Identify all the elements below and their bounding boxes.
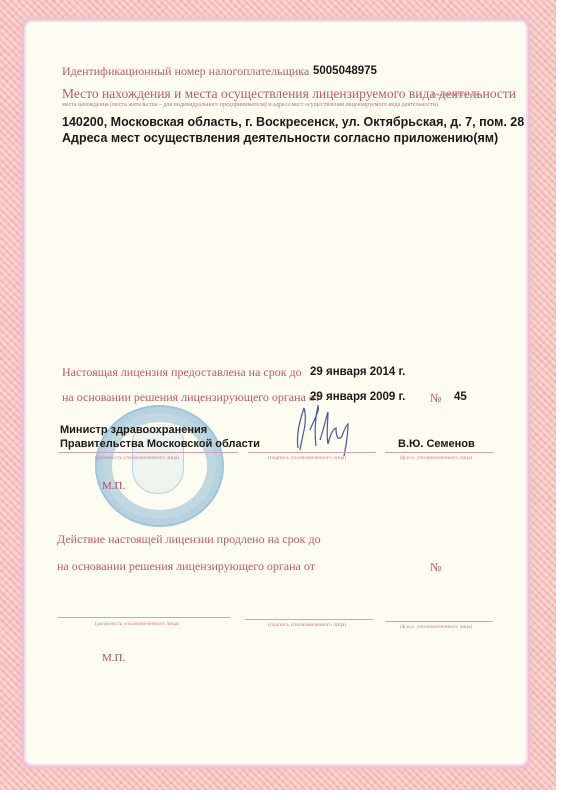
term-value: 29 января 2014 г. — [310, 366, 405, 378]
signature-icon — [290, 400, 360, 460]
extension-number-label: № — [430, 560, 441, 575]
signature-line — [248, 452, 376, 453]
position-caption: (должность уполномоченного лица) — [95, 455, 179, 461]
location-note-inline: (указываются адрес — [432, 92, 483, 98]
term-label: Настоящая лицензия предоставлена на срок… — [62, 365, 302, 380]
extension-name-line — [385, 621, 493, 622]
address-value: 140200, Московская область, г. Воскресен… — [62, 115, 524, 129]
inn-label: Идентификационный номер налогоплательщик… — [62, 64, 309, 79]
extension-stamp-place-label: М.П. — [102, 652, 125, 664]
signatory-name: В.Ю. Семенов — [398, 438, 475, 450]
activity-places-value: Адреса мест осуществления деятельности с… — [62, 131, 498, 145]
name-caption: (ф.и.о. уполномоченного лица) — [400, 455, 472, 461]
inn-value: 5005048975 — [313, 65, 377, 77]
extension-signature-caption: (подпись уполномоченного лица) — [268, 622, 346, 628]
extension-position-caption: (должность уполномоченного лица) — [95, 621, 179, 627]
signatory-position-line2: Правительства Московской области — [60, 438, 260, 450]
stamp-place-label: М.П. — [102, 480, 125, 492]
extension-signature-line — [245, 619, 373, 620]
extension-decision-label: на основании решения лицензирующего орга… — [57, 559, 315, 574]
name-line — [385, 452, 493, 453]
decision-label: на основании решения лицензирующего орга… — [62, 390, 320, 405]
decision-number-label: № — [430, 391, 441, 406]
decision-number: 45 — [454, 391, 467, 403]
extension-position-line — [58, 617, 230, 618]
position-line — [58, 452, 238, 453]
location-note: места нахождения (места жительства – для… — [62, 102, 438, 108]
extension-name-caption: (ф.и.о. уполномоченного лица) — [400, 624, 472, 630]
signature-caption: (подпись уполномоченного лица) — [268, 455, 346, 461]
signatory-position-line1: Министр здравоохранения — [60, 424, 207, 436]
extension-term-label: Действие настоящей лицензии продлено на … — [57, 532, 321, 547]
